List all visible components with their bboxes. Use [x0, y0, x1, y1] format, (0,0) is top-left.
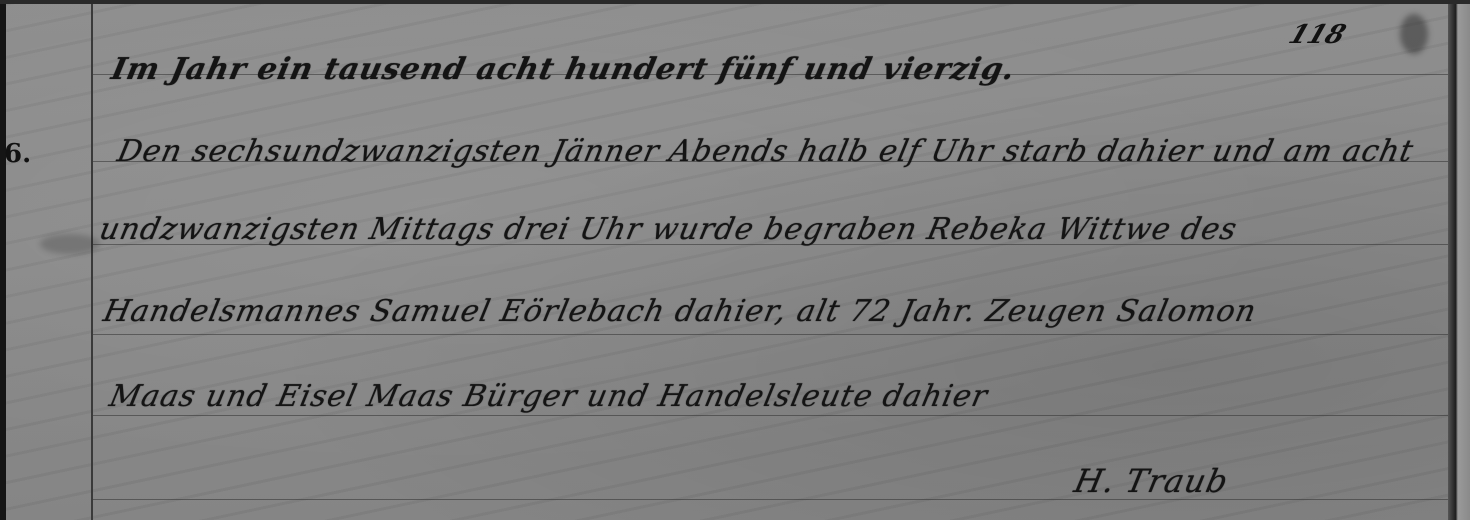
- ruled-line: [93, 415, 1448, 416]
- text-line-3: undzwanzigsten Mittags drei Uhr wurde be…: [96, 212, 1240, 247]
- text-line-5: Maas und Eisel Maas Bürger und Handelsle…: [106, 379, 991, 414]
- entry-number: 6.: [4, 139, 31, 169]
- heading-year-line: Im Jahr ein tausend acht hundert fünf un…: [108, 52, 1018, 87]
- ruled-line: [93, 499, 1448, 500]
- page-right-border: [1448, 4, 1470, 520]
- page-left-border: [0, 4, 6, 520]
- signature: H. Traub: [1071, 462, 1232, 500]
- ink-bleed: [40, 234, 100, 254]
- margin-rule: [91, 4, 93, 520]
- ink-blot: [1400, 14, 1428, 54]
- page-number: 118: [1285, 20, 1350, 50]
- text-line-2: Den sechsundzwanzigsten Jänner Abends ha…: [114, 134, 1417, 169]
- text-line-4: Handelsmannes Samuel Eörlebach dahier, a…: [100, 294, 1260, 329]
- document-scan: 118 6. Im Jahr ein tausend acht hundert …: [0, 4, 1470, 520]
- ruled-line: [93, 334, 1448, 335]
